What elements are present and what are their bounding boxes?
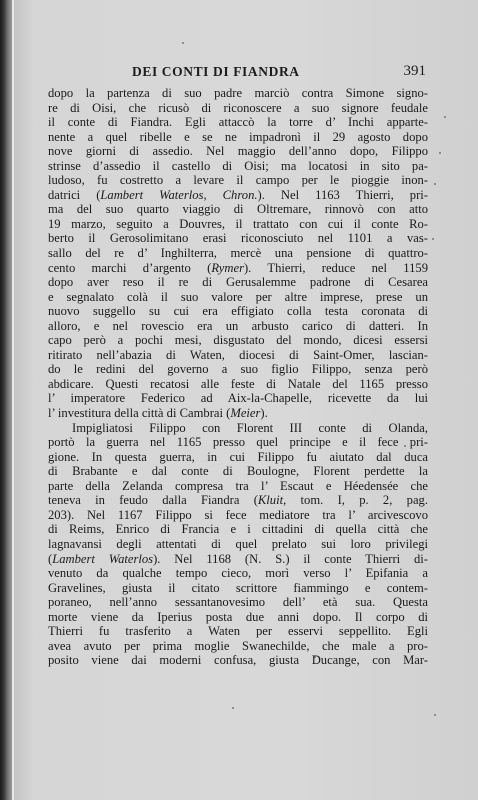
running-title: DEI CONTI DI FIANDRA (132, 64, 300, 80)
text-line: nente a quel ribelle e se ne impadronì i… (48, 130, 428, 145)
text-line: strinse d’assedio il castello di Oisi; m… (48, 159, 428, 174)
text-line: gione. In questa guerra, in cui Filippo … (48, 450, 428, 465)
text-line: il conte di Fiandra. Egli attaccò la tor… (48, 115, 428, 130)
text-line: ritirato nell’abazia di Waten, diocesi d… (48, 348, 428, 363)
text-line: di Brabante e dal conte di Boulogne, Flo… (48, 464, 428, 479)
text-line: Gravelines, giusta il citato scrittore f… (48, 581, 428, 596)
body-text: dopo la partenza di suo padre marciò con… (48, 86, 428, 668)
text-line: venuto da qualche tempo cieco, morì vers… (48, 566, 428, 581)
text-line: lagnavansi degli attentati di quel prela… (48, 537, 428, 552)
text-line: datrici (Lambert Waterlos, Chron.). Nel … (48, 188, 428, 203)
text-line: dopo la partenza di suo padre marciò con… (48, 86, 428, 101)
citation: Meier (230, 406, 260, 420)
text-line: capo però a pochi mesi, disgustato del m… (48, 333, 428, 348)
page-number: 391 (404, 63, 427, 80)
text-line: teneva in feudo dalla Fiandra (Kluit, to… (48, 493, 428, 508)
text-line: abdicare. Questi recatosi alle feste di … (48, 377, 428, 392)
text-line: cento marchi d’argento (Rymer). Thierri,… (48, 261, 428, 276)
text-line: re di Oisi, che ricusò di riconoscere a … (48, 101, 428, 116)
citation: Rymer (211, 261, 244, 275)
text-line: avea avuto per prima moglie Swanechilde,… (48, 639, 428, 654)
text-line: morte viene da Iperius posta due anni do… (48, 610, 428, 625)
text-line: ludoso, fu costretto a levare il campo p… (48, 173, 428, 188)
text-line: alloro, e nel rovescio era un arbusto ca… (48, 319, 428, 334)
paper-speck (434, 183, 436, 185)
text-line: nuovo suggello su cui era effigiato coll… (48, 304, 428, 319)
paragraph-start-line: Impigliatosi Filippo con Florent III con… (48, 421, 428, 436)
text-line: sallo del re d’ Inghilterra, mercè una p… (48, 246, 428, 261)
text-line: l’ investitura della città di Cambrai (M… (48, 406, 428, 421)
text-line: parte della Zelanda compresa tra l’ Esca… (48, 479, 428, 494)
text-line: 203). Nel 1167 Filippo si fece mediatore… (48, 508, 428, 523)
paper-speck (432, 238, 434, 240)
paper-speck (182, 42, 184, 44)
text-line: poraneo, nell’anno sessantanovesimo dell… (48, 595, 428, 610)
citation: Chron. (223, 188, 258, 202)
citation: Kluit (258, 493, 283, 507)
citation: Lambert Waterlos (100, 188, 203, 202)
text-line: 19 marzo, seguito a Douvres, il trattato… (48, 217, 428, 232)
text-line: di Reims, Enrico di Francia e i cittadin… (48, 522, 428, 537)
text-line: e segnalato colà il suo valore per altre… (48, 290, 428, 305)
text-line: portò la guerra nel 1165 presso quel pri… (48, 435, 428, 450)
text-line: nove giorni di assedio. Nel maggio dell’… (48, 144, 428, 159)
text-line: posito viene dai moderni confusa, giusta… (48, 653, 428, 668)
text-line: Thierri fu trasferito a Waten per esserv… (48, 624, 428, 639)
book-spine-shadow (0, 0, 12, 800)
paper-speck (434, 714, 436, 716)
paper-speck (232, 707, 234, 709)
paper-speck (444, 116, 446, 118)
text-line: do le redini del governo a suo figlio Fi… (48, 362, 428, 377)
paper-speck (439, 152, 441, 154)
text-line: berto il Gerosolimitano erasi riconosciu… (48, 231, 428, 246)
text-line: l’ imperatore Federico ad Aix-la-Chapell… (48, 391, 428, 406)
text-line: dopo aver reso il re di Gerusalemme padr… (48, 275, 428, 290)
text-line: (Lambert Waterlos). Nel 1168 (N. S.) il … (48, 552, 428, 567)
text-line: ma del suo quarto viaggio di Oltremare, … (48, 202, 428, 217)
page-header: DEI CONTI DI FIANDRA 391 (48, 64, 430, 82)
citation: Lambert Waterlos (52, 552, 153, 566)
